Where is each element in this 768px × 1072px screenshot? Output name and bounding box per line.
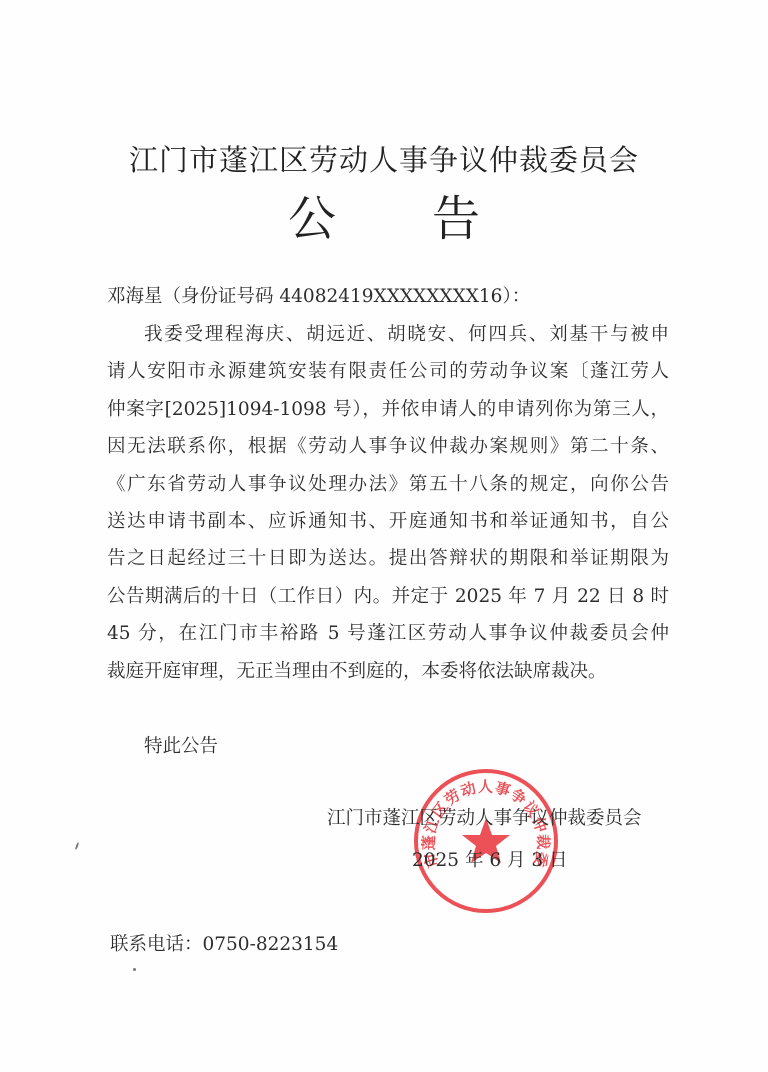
body-line: 请人安阳市永源建筑安装有限责任公司的劳动争议案〔蓬江劳人 <box>107 353 669 390</box>
title-char-1: 公 <box>288 180 336 249</box>
body-line: 45 分，在江门市丰裕路 5 号蓬江区劳动人事争议仲裁委员会仲 <box>107 615 669 652</box>
body-line: 因无法联系你，根据《劳动人事争议仲裁办案规则》第二十条、 <box>107 428 669 465</box>
signature-organization: 江门市蓬江区劳动人事争议仲裁委员会 <box>327 804 642 830</box>
body-line: 《广东省劳动人事争议处理办法》第五十八条的规定，向你公告 <box>107 466 669 503</box>
body-line: 送达申请书副本、应诉通知书、开庭通知书和举证通知书，自公 <box>107 503 669 540</box>
document-page: 江门市蓬江区劳动人事争议仲裁委员会 公告 邓海星（身份证号码 44082419X… <box>0 0 768 1072</box>
closing-line: 特此公告 <box>144 728 706 765</box>
body-line: 裁庭开庭审理，无正当理由不到庭的，本委将依法缺席裁决。 <box>107 653 669 690</box>
signature-date: 2025 年 6 月 3 日 <box>412 846 568 872</box>
title-char-2: 告 <box>432 180 480 249</box>
official-seal-icon: 江门市蓬江区劳动人事争议仲裁委员会 <box>411 766 561 916</box>
body-line: 我委受理程海庆、胡远近、胡晓安、何四兵、刘基干与被申 <box>107 316 669 353</box>
body-line: 仲案字[2025]1094-1098 号），并依申请人的申请列你为第三人， <box>107 391 669 428</box>
recipient-line: 邓海星（身份证号码 44082419XXXXXXXX16）： <box>107 278 669 315</box>
scan-speck <box>133 968 136 971</box>
scan-speck <box>75 842 80 850</box>
notice-body: 我委受理程海庆、胡远近、胡晓安、何四兵、刘基干与被申 请人安阳市永源建筑安装有限… <box>107 316 669 690</box>
organization-title: 江门市蓬江区劳动人事争议仲裁委员会 <box>0 138 768 179</box>
body-line: 公告期满后的十日（工作日）内。并定于 2025 年 7 月 22 日 8 时 <box>107 578 669 615</box>
contact-phone: 联系电话：0750-8223154 <box>110 930 338 956</box>
body-line: 告之日起经过三十日即为送达。提出答辩状的期限和举证期限为 <box>107 540 669 577</box>
document-title: 公告 <box>0 180 768 249</box>
